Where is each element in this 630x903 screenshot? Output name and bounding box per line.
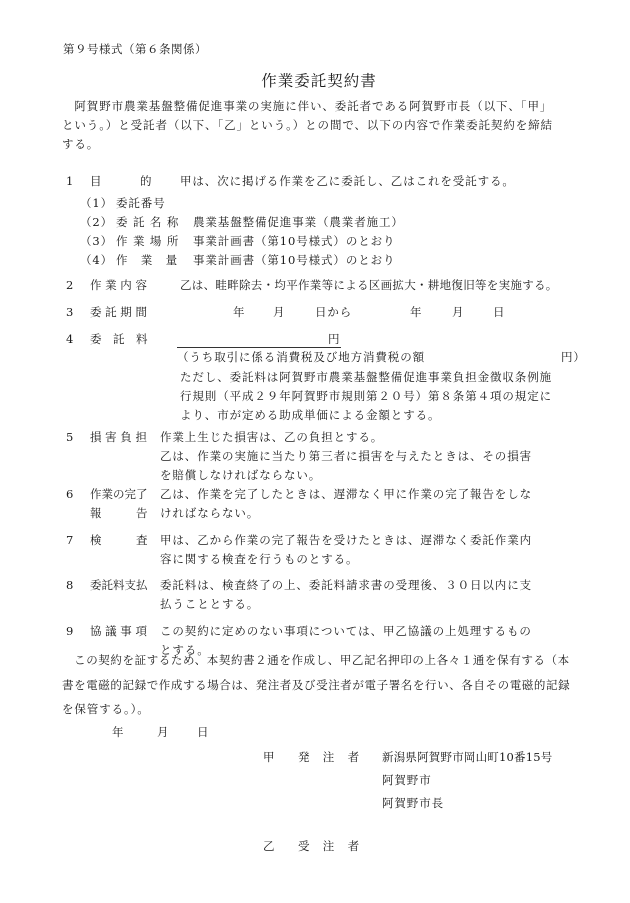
subitem-number: （3） (80, 236, 113, 248)
article-line: を賠償しなければならない。 (160, 470, 321, 482)
article-number: 9 (66, 626, 73, 638)
date-year: 年 (112, 727, 124, 739)
period-end-month: 月 (452, 307, 464, 319)
period-start-day: 日から (315, 307, 352, 319)
subitem-number: （4） (80, 255, 113, 267)
subitem-label: 委 託 名 称 (116, 217, 179, 229)
preamble-line-1: 阿賀野市農業基盤整備促進事業の実施に伴い、委託者である阿賀野市長（以下、「甲」 (62, 101, 552, 113)
fee-amount-unit: 円 (328, 334, 340, 346)
article-line: 乙は、作業の実施に当たり第三者に損害を与えたときは、その損害 (160, 451, 532, 463)
subitem-label: 作 業 場 所 (116, 236, 179, 248)
subitem-label: 委託番号 (116, 198, 166, 210)
fee-amount-underline (177, 347, 341, 348)
article-label: 委託料支払 (90, 580, 148, 592)
period-end-day: 日 (493, 307, 505, 319)
fee-note-line: ただし、委託料は阿賀野市農業基盤整備促進事業負担金徴収条例施 (180, 372, 552, 384)
article-label: 協 議 事 項 (90, 626, 147, 638)
closing-line-1: この契約を証するため、本契約書２通を作成し、甲乙記名押印の上各々１通を保有する（… (62, 655, 570, 667)
article-number: 4 (66, 334, 73, 346)
preamble-line-2: という。）と受託者（以下、「乙」という。）との間で、以下の内容で作業委託契約を締… (62, 120, 553, 132)
orderer-address: 新潟県阿賀野市岡山町10番15号 (382, 752, 552, 764)
article-line: この契約に定めのない事項については、甲乙協議の上処理するもの (160, 626, 532, 638)
closing-line-2: 書を電磁的記録で作成する場合は、発注者及び受注者が電子署名を行い、各自その電磁的… (62, 680, 570, 692)
article-label: 委 託 料 (90, 334, 148, 346)
subitem-value: 農業基盤整備促進事業（農業者施工） (193, 217, 404, 229)
subitem-value: 事業計画書（第10号様式）のとおり (193, 236, 395, 248)
article-label-2: 報 告 (90, 508, 148, 520)
subitem-value: 事業計画書（第10号様式）のとおり (193, 255, 395, 267)
document-title: 作業委託契約書 (0, 74, 630, 90)
contractor-mark: 乙 (263, 841, 275, 853)
article-line: 甲は、乙から作業の完了報告を受けたときは、遅滞なく委託作業内 (160, 535, 532, 547)
article-number: 3 (66, 307, 73, 319)
subitem-number: （1） (80, 198, 113, 210)
article-line: 払うこととする。 (160, 599, 259, 611)
date-month: 月 (157, 727, 169, 739)
article-line: 容に関する検査を行うものとする。 (160, 554, 358, 566)
article-label: 作 業 内 容 (90, 280, 147, 292)
date-day: 日 (197, 727, 209, 739)
article-number: 5 (66, 432, 73, 444)
article-label: 損 害 負 担 (90, 432, 147, 444)
article-text: 甲は、次に掲げる作業を乙に委託し、乙はこれを受託する。 (180, 176, 515, 188)
article-line: 作業上生じた損害は、乙の負担とする。 (160, 432, 383, 444)
article-number: 2 (66, 280, 73, 292)
orderer-representative: 阿賀野市長 (382, 798, 444, 810)
article-label: 検 査 (90, 535, 148, 547)
article-line: 乙は、作業を完了したときは、遅滞なく甲に作業の完了報告をしな (160, 489, 532, 501)
article-number: 8 (66, 580, 73, 592)
subitem-label: 作 業 量 (116, 255, 178, 267)
article-number: 7 (66, 535, 73, 547)
tax-line-prefix: （うち取引に係る消費税及び地方消費税の額 (177, 352, 425, 364)
orderer-mark: 甲 (263, 752, 275, 764)
preamble-line-3: する。 (62, 139, 99, 151)
period-start-year: 年 (233, 307, 245, 319)
subitem-number: （2） (80, 217, 113, 229)
tax-line-suffix: 円） (561, 352, 586, 364)
article-number: 6 (66, 489, 73, 501)
form-number: 第９号様式（第６条関係） (63, 44, 207, 56)
article-text: 乙は、畦畔除去・均平作業等による区画拡大・耕地復旧等を実施する。 (180, 280, 558, 292)
closing-line-3: を保管する。）。 (62, 704, 150, 716)
article-line: 委託料は、検査終了の上、委託料請求書の受理後、３０日以内に支 (160, 580, 532, 592)
orderer-name: 阿賀野市 (382, 775, 432, 787)
article-label: 目 的 (90, 176, 153, 188)
fee-note-line: より、市が定める助成単価による金額とする。 (180, 410, 440, 422)
article-label: 委 託 期 間 (90, 307, 147, 319)
article-line: ければならない。 (160, 508, 259, 520)
period-end-year: 年 (410, 307, 422, 319)
article-label: 作業の完了 (90, 489, 148, 501)
fee-note-line: 行規則（平成２９年阿賀野市規則第２０号）第８条第４項の規定に (180, 391, 552, 403)
contractor-role: 受 注 者 (298, 841, 360, 853)
period-start-month: 月 (273, 307, 285, 319)
orderer-role: 発 注 者 (298, 752, 360, 764)
article-number: 1 (66, 176, 73, 188)
